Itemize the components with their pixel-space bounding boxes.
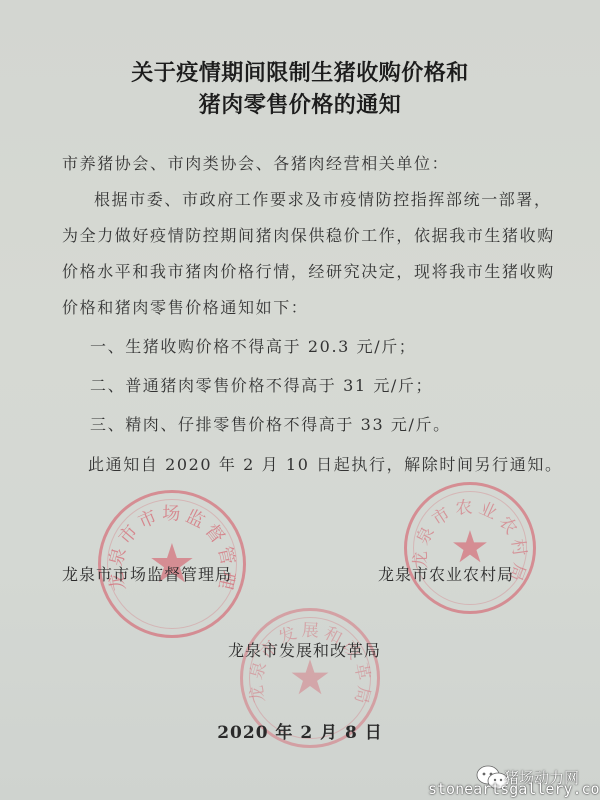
watermark-url: stoneartsgallery.co xyxy=(428,780,600,798)
watermark: 猪场动力网 stoneartsgallery.co xyxy=(400,740,600,800)
signer-development-reform: 龙泉市发展和改革局 xyxy=(228,638,381,661)
signer-agriculture: 龙泉市农业农村局 xyxy=(378,562,514,585)
official-seal-agriculture: 龙泉市农业农村局 ★ xyxy=(404,482,536,614)
item-1: 一、生猪收购价格不得高于 20.3 元/斤； xyxy=(90,334,416,357)
item-3: 三、精肉、仔排零售价格不得高于 33 元/斤。 xyxy=(90,412,451,435)
salutation: 市养猪协会、市肉类协会、各猪肉经营相关单位： xyxy=(62,151,449,174)
body-line-3: 价格水平和我市猪肉价格行情，经研究决定，现将我市生猪收购 xyxy=(62,259,555,282)
effective-note: 此通知自 2020 年 2 月 10 日起执行，解除时间另行通知。 xyxy=(88,452,563,475)
seal-star-icon: ★ xyxy=(288,654,331,702)
document-title-line-2: 猪肉零售价格的通知 xyxy=(0,88,600,119)
body-line-4: 价格和猪肉零售价格通知如下： xyxy=(62,295,308,318)
body-line-2: 为全力做好疫情防控期间猪肉保供稳价工作，依据我市生猪收购 xyxy=(62,223,555,246)
document-title-line-1: 关于疫情期间限制生猪收购价格和 xyxy=(0,56,600,87)
item-2: 二、普通猪肉零售价格不得高于 31 元/斤； xyxy=(90,373,433,396)
document-page: 关于疫情期间限制生猪收购价格和 猪肉零售价格的通知 市养猪协会、市肉类协会、各猪… xyxy=(0,0,600,800)
signer-market-supervision: 龙泉市市场监督管理局 xyxy=(62,562,232,585)
body-line-1: 根据市委、市政府工作要求及市疫情防控指挥部统一部署， xyxy=(94,187,552,210)
